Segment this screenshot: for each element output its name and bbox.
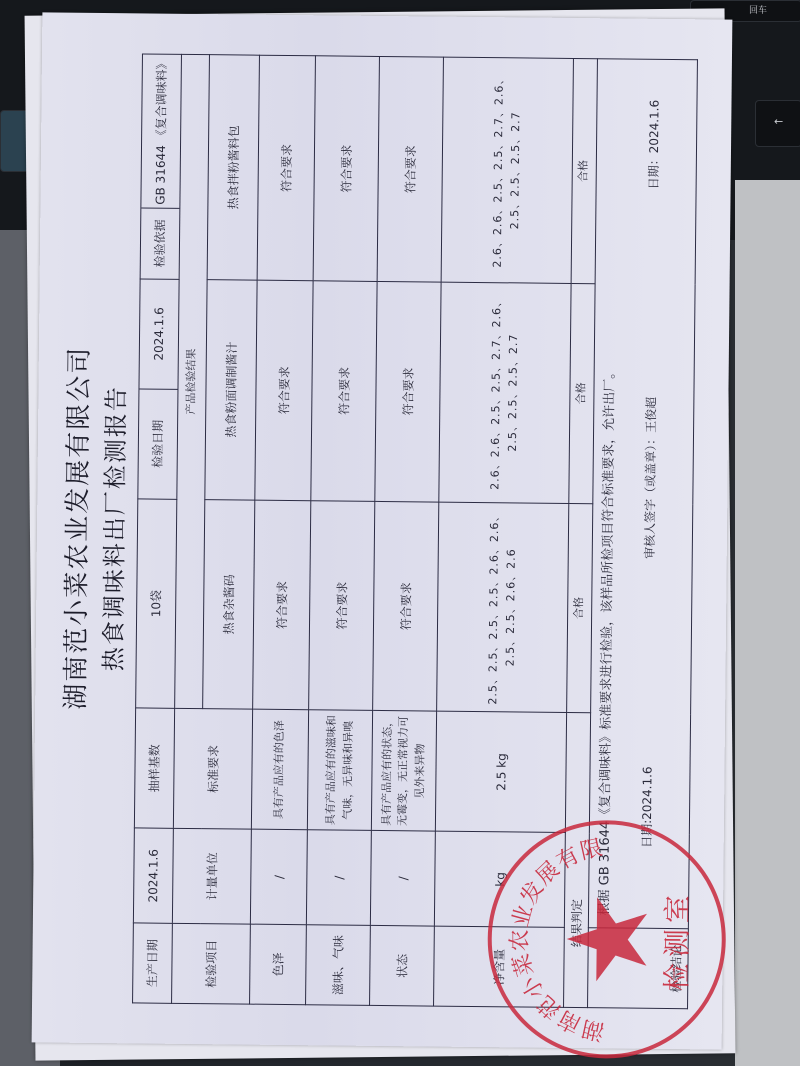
report-sheet: 湖南范小菜农业发展有限公司 热食调味料出厂检测报告 生产日期 2024.1.6 … bbox=[32, 12, 733, 1049]
row-result-1: 2.5、2.5、2.5、2.5、2.6、2.6、2.5、2.5、2.6、2.6 bbox=[437, 502, 569, 713]
inspection-basis: GB 31644 《复合调味料》 bbox=[141, 54, 181, 207]
sample-count: 10袋 bbox=[136, 499, 177, 709]
production-date-label: 生产日期 bbox=[133, 923, 173, 1003]
desk-surface bbox=[735, 180, 800, 1066]
judgement-result-3: 合格 bbox=[571, 58, 597, 283]
row-item: 滋味、气味 bbox=[306, 925, 371, 1006]
row-result-2: 符合要求 bbox=[255, 280, 313, 500]
row-standard: 具有产品应有的色泽 bbox=[251, 709, 308, 829]
inspection-date-cell: 检验日期 2024.1.6 bbox=[138, 279, 179, 499]
conclusion-cell: 根据 GB 31644《复合调味料》标准要求进行检验，该样品所检项目符合标准要求… bbox=[588, 59, 697, 929]
sample-count-label: 抽样基数 bbox=[134, 708, 174, 828]
row-result-3: 符合要求 bbox=[257, 55, 315, 280]
row-result-3: 符合要求 bbox=[313, 56, 379, 282]
company-seal: 湖南范小菜农业发展有限公司 检测室 bbox=[486, 819, 726, 1059]
product-3-name: 热食拌粉酱料包 bbox=[207, 55, 259, 280]
row-standard: 具有产品应有的状态，无霉变，无正常视力可见外来异物 bbox=[371, 711, 436, 832]
product-1-name: 热食杂酱码 bbox=[203, 499, 255, 709]
row-standard: 2.5 kg bbox=[435, 711, 566, 832]
arrow-left-icon: ← bbox=[774, 115, 783, 128]
row-result-2: 2.6、2.6、2.5、2.5、2.7、2.6、2.5、2.5、2.5、2.7 bbox=[439, 282, 571, 503]
col-standard: 标准要求 bbox=[173, 709, 252, 830]
row-standard: 具有产品应有的滋味和气味，无异味和异嗅 bbox=[307, 710, 372, 831]
inspection-date: 2024.1.6 bbox=[139, 279, 178, 388]
row-result-2: 符合要求 bbox=[375, 281, 441, 501]
seal-bottom-text: 检测室 bbox=[660, 889, 694, 991]
judgement-result-2: 合格 bbox=[569, 283, 595, 503]
row-result-3: 2.6、2.6、2.5、2.5、2.7、2.6、2.5、2.5、2.5、2.7 bbox=[441, 57, 573, 283]
reviewer-signature: 审核人签字（或盖章）：王俊超 bbox=[640, 397, 660, 559]
row-result-1: 符合要求 bbox=[373, 501, 439, 711]
row-result-2: 符合要求 bbox=[311, 281, 377, 501]
table-row: 色泽 / 具有产品应有的色泽 符合要求 符合要求 符合要求 bbox=[250, 55, 316, 1005]
row-item: 色泽 bbox=[250, 924, 307, 1005]
report-document: 湖南范小菜农业发展有限公司 热食调味料出厂检测报告 生产日期 2024.1.6 … bbox=[32, 12, 733, 1049]
row-unit: / bbox=[370, 831, 435, 927]
row-result-3: 符合要求 bbox=[377, 56, 443, 282]
inspection-basis-cell: 检验依据 GB 31644 《复合调味料》 bbox=[140, 54, 181, 279]
inspection-date-label: 检验日期 bbox=[138, 388, 177, 498]
row-item: 状态 bbox=[370, 925, 435, 1006]
inspection-basis-label: 检验依据 bbox=[141, 207, 180, 278]
product-2-name: 热食粉面调制酱汁 bbox=[205, 279, 257, 499]
row-result-1: 符合要求 bbox=[309, 500, 375, 710]
production-date: 2024.1.6 bbox=[133, 828, 173, 923]
judgement-result-1: 合格 bbox=[567, 503, 593, 713]
row-unit: / bbox=[250, 829, 307, 925]
seal-star-icon: 湖南范小菜农业发展有限公司 检测室 bbox=[491, 823, 723, 1055]
col-unit: 计量单位 bbox=[172, 828, 251, 924]
row-result-1: 符合要求 bbox=[253, 500, 311, 710]
arrow-key: ← bbox=[755, 100, 800, 147]
col-item: 检验项目 bbox=[172, 923, 251, 1004]
table-row: 状态 / 具有产品应有的状态，无霉变，无正常视力可见外来异物 符合要求 符合要求… bbox=[370, 56, 444, 1006]
reviewer-date: 日期：2024.1.6 bbox=[644, 100, 663, 190]
enter-key-label: 回车 bbox=[749, 3, 767, 16]
row-unit: / bbox=[306, 830, 371, 926]
table-row: 滋味、气味 / 具有产品应有的滋味和气味，无异味和异嗅 符合要求 符合要求 符合… bbox=[306, 56, 380, 1006]
